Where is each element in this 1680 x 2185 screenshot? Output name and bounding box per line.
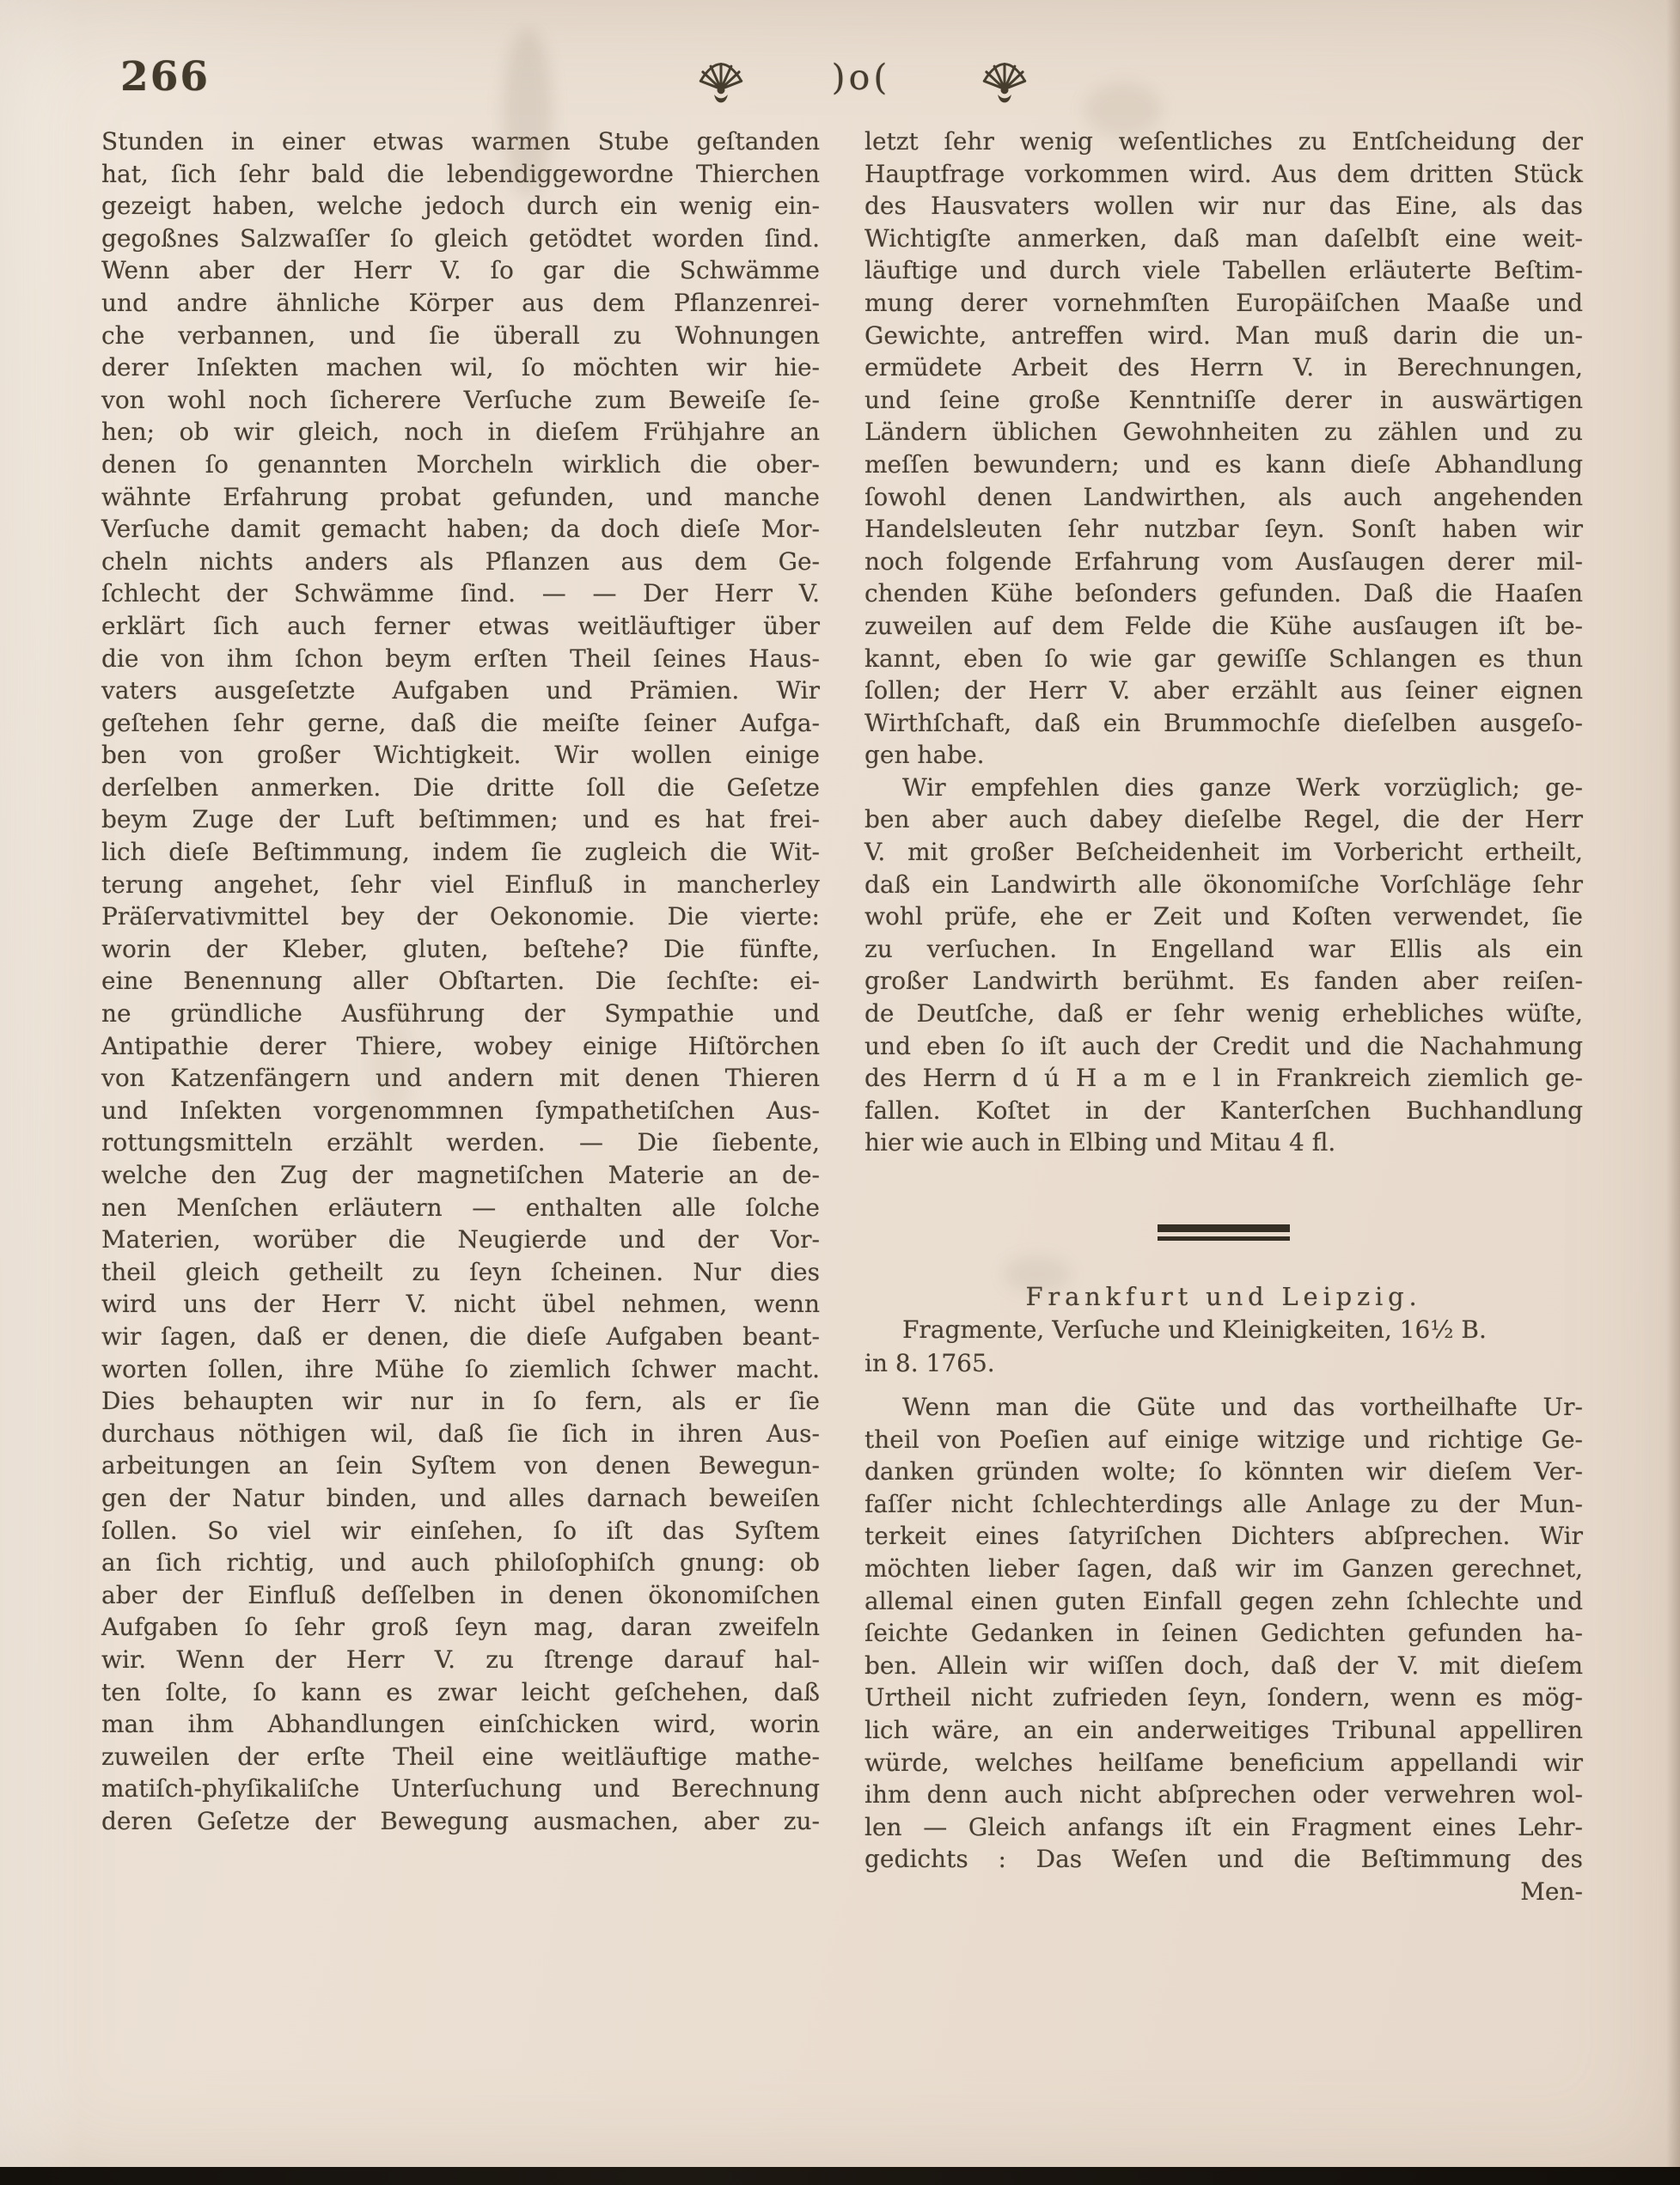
page-scan: 266 )o( (0, 0, 1680, 2185)
text-line: noch folgende Erfahrung vom Ausſaugen de… (864, 546, 1583, 578)
review-text-block: letzt ſehr wenig weſentliches zu Entſche… (864, 125, 1583, 1159)
text-line: wohl prüfe, ehe er Zeit und Koſten verwe… (864, 900, 1583, 933)
divider-rule-thick (1158, 1224, 1290, 1232)
text-line: fallen. Koſtet in der Kanterſchen Buchha… (864, 1095, 1583, 1127)
right-text-column: letzt ſehr wenig weſentliches zu Entſche… (864, 125, 1583, 1908)
text-line: Wenn man die Güte und das vortheilhafte … (864, 1391, 1583, 1424)
left-text-column: Stunden in einer etwas warmen Stube geſt… (101, 125, 820, 1837)
text-line: terung angehet, ſehr viel Einfluß in man… (101, 869, 820, 901)
text-line: derſelben anmerken. Die dritte ſoll die … (101, 772, 820, 804)
text-line: eine Benennung aller Obſtarten. Die ſech… (101, 965, 820, 998)
text-line: daß ein Landwirth alle ökonomiſche Vorſc… (864, 869, 1583, 901)
text-line: len — Gleich anfangs iſt ein Fragment ei… (864, 1811, 1583, 1844)
text-line: matiſch-phyſikaliſche Unterſuchung und B… (101, 1773, 820, 1805)
text-line: von wohl noch ſicherere Verſuche zum Bew… (101, 384, 820, 417)
text-line: ben von großer Wichtigkeit. Wir wollen e… (101, 739, 820, 772)
text-line: vaters ausgeſetzte Aufgaben und Prämien.… (101, 674, 820, 707)
text-line: ben. Allein wir wiſſen doch, daß der V. … (864, 1650, 1583, 1682)
text-line: gezeigt haben, welche jedoch durch ein w… (101, 190, 820, 223)
text-line: Urtheil nicht zufrieden ſeyn, ſondern, w… (864, 1681, 1583, 1714)
text-line: Wir empfehlen dies ganze Werk vorzüglich… (864, 772, 1583, 804)
text-line: chenden Kühe beſonders gefunden. Daß die… (864, 577, 1583, 610)
text-line: worin der Kleber, gluten, beſtehe? Die f… (101, 933, 820, 966)
text-line: derer Inſekten machen wil, ſo möchten wi… (101, 351, 820, 384)
text-line: und andre ähnliche Körper aus dem Pflanz… (101, 287, 820, 320)
text-line: ſchlecht der Schwämme ſind. — — Der Herr… (101, 577, 820, 610)
text-line: meſſen bewundern; und es kann dieſe Abha… (864, 449, 1583, 481)
text-line: V. mit großer Beſcheidenheit im Vorberic… (864, 836, 1583, 869)
text-line: hen; ob wir gleich, noch in dieſem Frühj… (101, 416, 820, 449)
text-line: würde, welches heilſame beneficium appel… (864, 1747, 1583, 1779)
text-line: durchaus nöthigen wil, daß ſie ſich in i… (101, 1418, 820, 1450)
text-line: cheln nichts anders als Pflanzen aus dem… (101, 546, 820, 578)
text-line: und ſeine große Kenntniſſe derer in ausw… (864, 384, 1583, 417)
text-line: zuweilen auf dem Felde die Kühe ausſauge… (864, 610, 1583, 643)
text-line: des Hausvaters wollen wir nur das Eine, … (864, 190, 1583, 223)
text-line: ihm denn auch nicht abſprechen oder verw… (864, 1779, 1583, 1811)
text-line: ſeichte Gedanken in ſeinen Gedichten gef… (864, 1617, 1583, 1650)
text-line: großer Landwirth berühmt. Es fanden aber… (864, 965, 1583, 998)
text-line: beym Zuge der Luft beſtimmen; und es hat… (101, 803, 820, 836)
text-line: von Katzenfängern und andern mit denen T… (101, 1062, 820, 1095)
book-citation-line: in 8. 1765. (864, 1346, 1583, 1380)
text-line: erklärt ſich auch ferner etwas weitläuft… (101, 610, 820, 643)
text-line: nen Menſchen erläutern — enthalten alle … (101, 1192, 820, 1224)
text-line: gen habe. (864, 739, 1583, 772)
text-line: arbeitungen an ſein Syſtem von denen Bew… (101, 1450, 820, 1482)
text-line: wird uns der Herr V. nicht übel nehmen, … (101, 1288, 820, 1321)
text-line: Wenn aber der Herr V. ſo gar die Schwämm… (101, 254, 820, 287)
text-line: des Herrn d ú H a m e l in Frankreich zi… (864, 1062, 1583, 1095)
text-line: ermüdete Arbeit des Herrn V. in Berechnu… (864, 351, 1583, 384)
text-line: Dies behaupten wir nur in ſo fern, als e… (101, 1385, 820, 1418)
text-line: gedichts : Das Weſen und die Beſtimmung … (864, 1843, 1583, 1876)
text-line: lich dieſe Beſtimmung, indem ſie zugleic… (101, 836, 820, 869)
text-line: kannt, eben ſo wie gar gewiſſe Schlangen… (864, 643, 1583, 675)
text-line: faſſer nicht ſchlechterdings alle Anlage… (864, 1488, 1583, 1521)
text-line: wähnte Erfahrung probat gefunden, und ma… (101, 481, 820, 514)
text-line: hier wie auch in Elbing und Mitau 4 fl. (864, 1126, 1583, 1159)
text-line: denen ſo genannten Morcheln wirklich die… (101, 449, 820, 481)
text-line: lich wäre, an ein anderweitiges Tribunal… (864, 1714, 1583, 1747)
text-line: allemal einen guten Einfall gegen zehn ſ… (864, 1585, 1583, 1618)
scan-edge-bottom (0, 2167, 1680, 2185)
text-line: Verſuche damit gemacht haben; da doch di… (101, 513, 820, 546)
text-line: geſtehen ſehr gerne, daß die meiſte ſein… (101, 707, 820, 740)
text-line: theil von Poeſien auf einige witzige und… (864, 1424, 1583, 1456)
text-line: mung derer vornehmſten Europäiſchen Maaß… (864, 287, 1583, 320)
shell-ornament-icon (696, 55, 746, 105)
text-line: man ihm Abhandlungen einſchicken wird, w… (101, 1708, 820, 1741)
text-line: möchten lieber ſagen, daß wir im Ganzen … (864, 1553, 1583, 1585)
scan-edge-left (0, 0, 82, 2185)
text-line: deren Geſetze der Bewegung ausmachen, ab… (101, 1805, 820, 1838)
text-line: die von ihm ſchon beym erſten Theil ſein… (101, 643, 820, 675)
text-line: Handelsleuten ſehr nutzbar ſeyn. Sonſt h… (864, 513, 1583, 546)
text-line: Antipathie derer Thiere, wobey einige Hi… (101, 1030, 820, 1063)
text-line: welche den Zug der magnetiſchen Materie … (101, 1159, 820, 1192)
shell-ornament-icon (980, 55, 1029, 105)
text-line: zuweilen der erſte Theil eine weitläufti… (101, 1741, 820, 1773)
catchword: Men- (864, 1876, 1583, 1908)
text-line: Ländern üblichen Gewohnheiten zu zählen … (864, 416, 1583, 449)
text-line: ben aber auch dabey dieſelbe Regel, die … (864, 803, 1583, 836)
text-line: gegoßnes Salzwaſſer ſo gleich getödtet w… (101, 223, 820, 255)
review-text-block: Wenn man die Güte und das vortheilhafte … (864, 1391, 1583, 1876)
text-line: ſollen; der Herr V. aber erzählt aus ſei… (864, 674, 1583, 707)
text-line: Materien, worüber die Neugierde und der … (101, 1224, 820, 1256)
text-line: zu verſuchen. In Engelland war Ellis als… (864, 933, 1583, 966)
text-line: che verbannen, und ſie überall zu Wohnun… (101, 320, 820, 352)
text-line: läuftige und durch viele Tabellen erläut… (864, 254, 1583, 287)
text-line: terkeit eines ſatyriſchen Dichters abſpr… (864, 1520, 1583, 1553)
page-number: 266 (120, 53, 210, 101)
text-line: ten ſolte, ſo kann es zwar leicht geſche… (101, 1676, 820, 1709)
text-line: und Inſekten vorgenommnen ſympathetiſche… (101, 1095, 820, 1127)
text-line: worten ſollen, ihre Mühe ſo ziemlich ſch… (101, 1353, 820, 1386)
text-line: Stunden in einer etwas warmen Stube geſt… (101, 125, 820, 158)
signature-mark: )o( (818, 57, 904, 98)
text-line: letzt ſehr wenig weſentliches zu Entſche… (864, 125, 1583, 158)
text-line: theil gleich getheilt zu ſeyn ſcheinen. … (101, 1256, 820, 1289)
divider-rule-thin (1158, 1236, 1290, 1241)
text-line: danken gründen wolte; ſo könnten wir die… (864, 1456, 1583, 1488)
text-line: rottungsmitteln erzählt werden. — Die ſi… (101, 1126, 820, 1159)
book-citation-line: Fragmente, Verſuche und Kleinigkeiten, 1… (864, 1313, 1583, 1346)
text-line: Aufgaben ſo ſehr groß ſeyn mag, daran zw… (101, 1611, 820, 1644)
text-line: Präſervativmittel bey der Oekonomie. Die… (101, 900, 820, 933)
text-line: hat, ſich ſehr bald die lebendiggewordne… (101, 158, 820, 191)
text-line: Hauptfrage vorkommen wird. Aus dem dritt… (864, 158, 1583, 191)
section-divider (1158, 1224, 1290, 1241)
text-line: aber der Einfluß deſſelben in denen ökon… (101, 1579, 820, 1612)
text-line: ne gründliche Ausführung der Sympathie u… (101, 998, 820, 1030)
text-line: Wirthſchaft, daß ein Brummochſe dieſelbe… (864, 707, 1583, 740)
text-line: an ſich richtig, und auch philoſophiſch … (101, 1547, 820, 1579)
text-line: wir ſagen, daß er denen, die dieſe Aufga… (101, 1321, 820, 1353)
text-line: und eben ſo iſt auch der Credit und die … (864, 1030, 1583, 1063)
text-line: de Deutſche, daß er ſehr wenig erheblich… (864, 998, 1583, 1030)
text-line: Wichtigſte anmerken, daß man daſelbſt ei… (864, 223, 1583, 255)
section-heading: Frankfurt und Leipzig. (864, 1280, 1583, 1313)
text-line: gen der Natur binden, und alles darnach … (101, 1482, 820, 1515)
text-line: ſollen. So viel wir einſehen, ſo iſt das… (101, 1515, 820, 1547)
text-line: Gewichte, antreffen wird. Man muß darin … (864, 320, 1583, 352)
text-line: wir. Wenn der Herr V. zu ſtrenge darauf … (101, 1644, 820, 1676)
text-line: ſowohl denen Landwirthen, als auch angeh… (864, 481, 1583, 514)
